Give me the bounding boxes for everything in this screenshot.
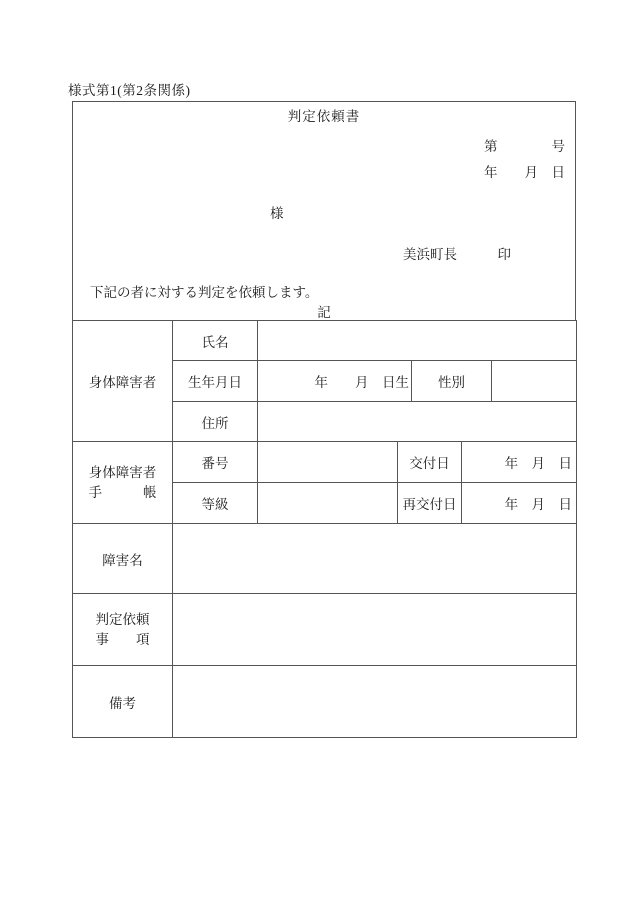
document-page: 様式第1(第2条関係) 判定依頼書 第 号 年 月 日 様 美浜町長 印 下記の… bbox=[0, 0, 630, 903]
handbook-group-line2-right: 帳 bbox=[143, 483, 157, 503]
table-row: 障害名 bbox=[73, 524, 577, 594]
person-group-label: 身体障害者 bbox=[73, 321, 173, 442]
name-label: 氏名 bbox=[173, 321, 258, 361]
address-field bbox=[258, 402, 577, 442]
reissue-date-hint: 年 月 日 bbox=[505, 493, 577, 513]
form-table: 身体障害者 氏名 生年月日 年 月 日生 性別 住所 bbox=[72, 320, 577, 738]
issue-date-field: 年 月 日 bbox=[462, 442, 577, 483]
request-form: 判定依頼書 第 号 年 月 日 様 美浜町長 印 下記の者に対する判定を依頼しま… bbox=[72, 101, 576, 738]
table-row: 判定依頼 事 項 bbox=[73, 594, 577, 666]
grade-label: 等級 bbox=[173, 483, 258, 524]
request-items-line2-left: 事 bbox=[96, 630, 110, 650]
table-row: 身体障害者 手 帳 番号 交付日 年 月 日 bbox=[73, 442, 577, 483]
handbook-group-line1: 身体障害者 bbox=[89, 463, 157, 483]
issue-date-label: 交付日 bbox=[398, 442, 462, 483]
form-title: 判定依頼書 bbox=[73, 105, 575, 125]
document-number-line: 第 号 bbox=[484, 135, 565, 155]
reissue-date-label: 再交付日 bbox=[398, 483, 462, 524]
table-row: 身体障害者 氏名 bbox=[73, 321, 577, 361]
number-label: 番号 bbox=[173, 442, 258, 483]
number-field bbox=[258, 442, 398, 483]
birthdate-label: 生年月日 bbox=[173, 361, 258, 402]
table-row: 備考 bbox=[73, 666, 577, 738]
form-number-label: 様式第1(第2条関係) bbox=[68, 79, 191, 99]
remarks-field bbox=[173, 666, 577, 738]
request-items-line1: 判定依頼 bbox=[96, 610, 150, 630]
address-label: 住所 bbox=[173, 402, 258, 442]
handbook-group-label: 身体障害者 手 帳 bbox=[73, 442, 173, 524]
form-header-section: 判定依頼書 第 号 年 月 日 様 美浜町長 印 下記の者に対する判定を依頼しま… bbox=[72, 101, 576, 320]
gender-field bbox=[492, 361, 577, 402]
record-marker: 記 bbox=[73, 301, 575, 321]
issuer-and-seal: 美浜町長 印 bbox=[403, 243, 511, 263]
gender-label: 性別 bbox=[412, 361, 492, 402]
name-field bbox=[258, 321, 577, 361]
birthdate-field: 年 月 日生 bbox=[258, 361, 412, 402]
reissue-date-field: 年 月 日 bbox=[462, 483, 577, 524]
document-date-line: 年 月 日 bbox=[484, 161, 565, 181]
disability-name-label: 障害名 bbox=[73, 524, 173, 594]
birthdate-hint: 年 月 日生 bbox=[315, 371, 412, 391]
handbook-group-line2-left: 手 bbox=[89, 483, 103, 503]
disability-name-field bbox=[173, 524, 577, 594]
request-items-line2-right: 項 bbox=[136, 630, 150, 650]
remarks-label: 備考 bbox=[73, 666, 173, 738]
request-items-field bbox=[173, 594, 577, 666]
request-sentence: 下記の者に対する判定を依頼します。 bbox=[90, 281, 318, 301]
issue-date-hint: 年 月 日 bbox=[505, 452, 577, 472]
addressee-suffix: 様 bbox=[270, 202, 284, 222]
grade-field bbox=[258, 483, 398, 524]
request-items-label: 判定依頼 事 項 bbox=[73, 594, 173, 666]
